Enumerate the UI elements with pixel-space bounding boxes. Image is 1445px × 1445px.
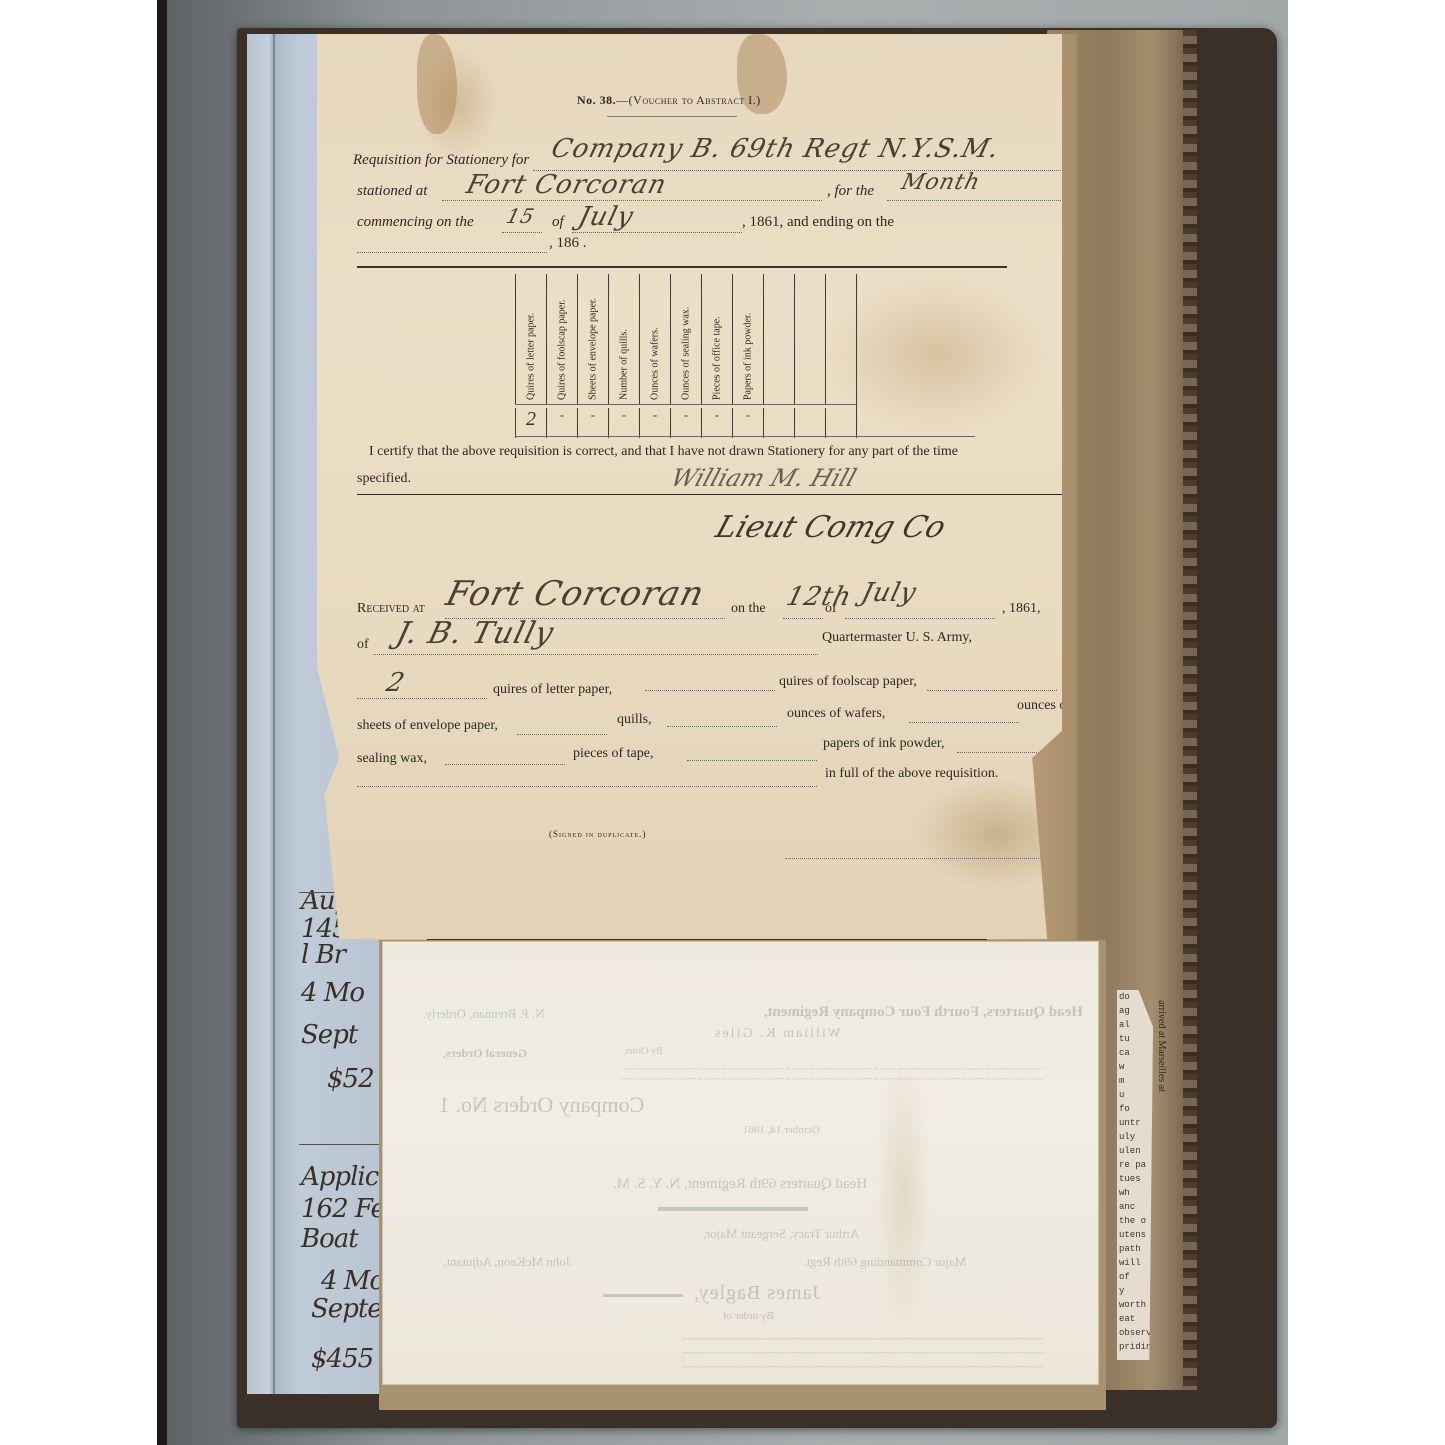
newsprint-line: uly bbox=[1119, 1130, 1153, 1144]
field-line bbox=[645, 690, 775, 691]
edge-newsprint-text-lower: arrived at Marseilles at bbox=[1156, 1000, 1167, 1092]
receipt-month: July bbox=[858, 578, 920, 608]
field-line bbox=[845, 618, 995, 619]
label-sealing-wax: sealing wax, bbox=[357, 751, 427, 767]
column-border bbox=[856, 274, 887, 438]
handwriting-line: $455 bbox=[311, 1344, 373, 1374]
newsprint-line: ulen bbox=[1119, 1144, 1153, 1158]
field-station: Fort Corcoran bbox=[463, 170, 670, 200]
mirrored-text: By Order, bbox=[623, 1046, 663, 1057]
label-pieces-tape: pieces of tape, bbox=[573, 746, 653, 762]
field-line bbox=[357, 698, 487, 699]
mirrored-text: Arthur Tracy, Sergeant Major, bbox=[703, 1226, 859, 1242]
label-for-the: , for the bbox=[827, 183, 874, 200]
column-header: Pieces of office tape. bbox=[701, 274, 732, 404]
mirrored-rule bbox=[603, 1294, 683, 1297]
handwriting-line: $52 bbox=[327, 1064, 374, 1094]
label-quartermaster: Quartermaster U. S. Army, bbox=[822, 630, 972, 646]
label-year-ending: , 1861, and ending on the bbox=[742, 214, 894, 231]
label-commencing: commencing on the bbox=[357, 214, 474, 231]
newsprint-line: tues bbox=[1119, 1172, 1153, 1186]
water-stain bbox=[417, 34, 457, 134]
label-ink-powder: papers of ink powder, bbox=[823, 736, 945, 752]
mirrored-text: N. P. Brennan, Orderly. bbox=[423, 1006, 545, 1022]
newsprint-line: m bbox=[1119, 1074, 1153, 1088]
field-line bbox=[502, 232, 542, 233]
field-period: Month bbox=[899, 170, 983, 195]
certification-text: I certify that the above requisition is … bbox=[369, 444, 958, 460]
newsprint-line: y worth bbox=[1119, 1284, 1153, 1312]
field-line bbox=[572, 232, 742, 233]
column-header bbox=[763, 274, 794, 404]
newsprint-line: will bbox=[1119, 1256, 1153, 1270]
general-orders-sheet: Head Quarters, Fourth Four Company Regim… bbox=[383, 942, 1098, 1384]
newsprint-line: wh bbox=[1119, 1186, 1153, 1200]
column-value: - bbox=[732, 408, 763, 438]
mirrored-text: ~~~~~~~~~~~~~~~~~~~~~~~~~~~~~~~~~~~~~~~~… bbox=[443, 1348, 1043, 1358]
handwriting-line: 162 Fe bbox=[301, 1194, 385, 1224]
signed-in-duplicate-note: (Signed in duplicate.) bbox=[549, 829, 646, 839]
field-line bbox=[517, 734, 607, 735]
handwriting-line: l Br bbox=[301, 940, 345, 970]
newsprint-line: priding bbox=[1119, 1340, 1153, 1354]
column-header: Papers of ink powder. bbox=[732, 274, 763, 404]
label-of: of bbox=[825, 601, 837, 617]
handwriting-line: Boat bbox=[301, 1224, 358, 1254]
handwriting-line: Applic bbox=[301, 1162, 378, 1192]
label-requisition-for: Requisition for Stationery for bbox=[353, 152, 529, 169]
column-value: - bbox=[701, 408, 732, 438]
newspaper-fragment: doagaltucawmufountrulyulenre patueswhanc… bbox=[1117, 990, 1153, 1360]
receipt-quartermaster: J. B. Tully bbox=[393, 616, 558, 651]
newsprint-line: untr bbox=[1119, 1116, 1153, 1130]
field-line bbox=[445, 764, 565, 765]
newsprint-line: ca bbox=[1119, 1046, 1153, 1060]
column-label: Number of quills. bbox=[619, 329, 630, 400]
mirrored-rule bbox=[658, 1207, 808, 1211]
column-header: Sheets of envelope paper. bbox=[577, 274, 608, 404]
table-header-rule bbox=[515, 404, 856, 405]
certification-text-end: specified. bbox=[357, 471, 411, 487]
field-line bbox=[909, 722, 1019, 723]
column-value: - bbox=[670, 408, 701, 438]
column-value: - bbox=[577, 408, 608, 438]
mirrored-text: James Bagley, bbox=[693, 1282, 820, 1305]
handwriting-line: 4 Mo bbox=[301, 978, 364, 1008]
label-ounces-wafers: ounces of wafers, bbox=[787, 706, 885, 722]
receipt-day: 12th bbox=[783, 582, 855, 612]
column-value bbox=[763, 408, 794, 438]
field-line bbox=[687, 760, 817, 761]
voucher-title: No. 38.—(Voucher to Abstract I.) bbox=[577, 93, 761, 108]
field-line bbox=[927, 690, 1057, 691]
field-start-day: 15 bbox=[504, 204, 537, 228]
mirrored-text: By order of bbox=[723, 1310, 774, 1322]
column-label: Ounces of wafers. bbox=[650, 328, 661, 400]
label-of-qm: of bbox=[357, 637, 369, 653]
column-header bbox=[825, 274, 856, 404]
mirrored-text: October 14, 1861 bbox=[743, 1124, 820, 1136]
column-label: Ounces of sealing wax. bbox=[681, 307, 692, 400]
column-label: Sheets of envelope paper. bbox=[588, 298, 599, 400]
label-in-full: in full of the above requisition. bbox=[825, 766, 998, 782]
field-line bbox=[783, 618, 823, 619]
handwriting-line: 4 Mo bbox=[321, 1266, 384, 1296]
mirrored-text: Major Commanding 69th Regt. bbox=[803, 1254, 966, 1270]
signature-title: Lieut Comg Co bbox=[711, 510, 950, 545]
newsprint-line: the o bbox=[1119, 1214, 1153, 1228]
mirrored-text: ~~~~~~~~~~~~~~~~~~~~~~~~~~~~~~~~~~~~~~~~… bbox=[443, 1362, 1043, 1372]
newsprint-line: observ bbox=[1119, 1326, 1153, 1340]
field-line bbox=[667, 726, 777, 727]
column-header: Number of quills. bbox=[608, 274, 639, 404]
receipt-place: Fort Corcoran bbox=[442, 574, 709, 614]
label-year-end: , 186 . bbox=[549, 235, 587, 252]
mirrored-text: William K. Giles bbox=[713, 1026, 840, 1042]
mirrored-text: ~~~~~~~~~~~~~~~~~~~~~~~~~~~~~~~~~~~~~~~~… bbox=[443, 1334, 1043, 1344]
receipt-year: , 1861, bbox=[1002, 601, 1041, 617]
column-label: Papers of ink powder. bbox=[743, 313, 754, 400]
label-quills: quills, bbox=[617, 712, 652, 728]
mirrored-text: General Orders, bbox=[443, 1046, 527, 1061]
sheet-fold bbox=[273, 34, 275, 1394]
label-of: of bbox=[552, 214, 564, 231]
newsprint-line: re pa bbox=[1119, 1158, 1153, 1172]
scan-background: strongly built frame, and with rather a … bbox=[157, 0, 1288, 1445]
column-value: - bbox=[608, 408, 639, 438]
voucher-number: No. 38. bbox=[577, 93, 616, 107]
newsprint-line: anc bbox=[1119, 1200, 1153, 1214]
field-start-month: July bbox=[575, 202, 637, 232]
newsprint-line: of bbox=[1119, 1270, 1153, 1284]
column-header: Ounces of sealing wax. bbox=[670, 274, 701, 404]
column-header bbox=[794, 274, 825, 404]
newsprint-line: u bbox=[1119, 1088, 1153, 1102]
label-quires-foolscap: quires of foolscap paper, bbox=[779, 674, 917, 690]
label-sheets-envelope: sheets of envelope paper, bbox=[357, 718, 498, 734]
signature-name: William M. Hill bbox=[667, 464, 860, 492]
mirrored-heading: Head Quarters, Fourth Four Company Regim… bbox=[613, 1004, 1083, 1021]
column-value: - bbox=[546, 408, 577, 438]
field-line bbox=[357, 252, 547, 253]
signature-line bbox=[785, 858, 1053, 859]
stationery-items-table: Quires of letter paper.2Quires of foolsc… bbox=[515, 274, 915, 444]
field-line bbox=[373, 654, 818, 655]
newsprint-line: tu bbox=[1119, 1032, 1153, 1046]
field-line bbox=[357, 786, 817, 787]
column-value bbox=[825, 408, 856, 438]
mirrored-text: Head Quarters 69th Regiment, N. Y. S. M. bbox=[613, 1176, 867, 1193]
column-value: - bbox=[639, 408, 670, 438]
column-value bbox=[794, 408, 825, 438]
label-received-at: Received at bbox=[357, 601, 425, 617]
stationery-voucher: No. 38.—(Voucher to Abstract I.) Requisi… bbox=[317, 34, 1062, 939]
column-label: Quires of letter paper. bbox=[526, 313, 537, 400]
column-value: 2 bbox=[515, 408, 546, 438]
mirrored-text: John McKeon, Adjutant, bbox=[443, 1254, 571, 1270]
receipt-quires-letter: 2 bbox=[383, 668, 408, 698]
voucher-subtitle: —(Voucher to Abstract I.) bbox=[616, 93, 761, 107]
column-header: Ounces of wafers. bbox=[639, 274, 670, 404]
handwriting-line: Septe bbox=[311, 1294, 382, 1324]
newsprint-line: al bbox=[1119, 1018, 1153, 1032]
mirrored-text: ~~~~~~~~~~~~~~~~~~~~~~~~~~~~~~~~~~~~~~~~… bbox=[443, 1064, 1043, 1074]
newsprint-line: path bbox=[1119, 1242, 1153, 1256]
field-company: Company B. 69th Regt N.Y.S.M. bbox=[548, 134, 1002, 164]
newsprint-line: w bbox=[1119, 1060, 1153, 1074]
newsprint-line: utens bbox=[1119, 1228, 1153, 1242]
column-label: Quires of foolscap paper. bbox=[557, 299, 568, 400]
fold-crease bbox=[357, 494, 1062, 495]
section-rule bbox=[357, 266, 1007, 268]
newsprint-line: fo bbox=[1119, 1102, 1153, 1116]
label-on-the: on the bbox=[731, 601, 766, 617]
column-header: Quires of foolscap paper. bbox=[546, 274, 577, 404]
field-line bbox=[442, 200, 822, 201]
table-bottom-rule bbox=[515, 436, 975, 437]
newsprint-line: eat bbox=[1119, 1312, 1153, 1326]
mirrored-text: ~~~~~~~~~~~~~~~~~~~~~~~~~~~~~~~~~~~~~~~~… bbox=[443, 1074, 1043, 1084]
mirrored-text: Company Orders No. 1 bbox=[439, 1092, 644, 1118]
column-label: Pieces of office tape. bbox=[712, 316, 723, 400]
handwriting-line: Sept bbox=[301, 1020, 357, 1050]
label-quires-letter: quires of letter paper, bbox=[493, 682, 612, 698]
column-header: Quires of letter paper. bbox=[515, 274, 546, 404]
title-underline bbox=[607, 116, 737, 117]
label-stationed-at: stationed at bbox=[357, 183, 427, 200]
